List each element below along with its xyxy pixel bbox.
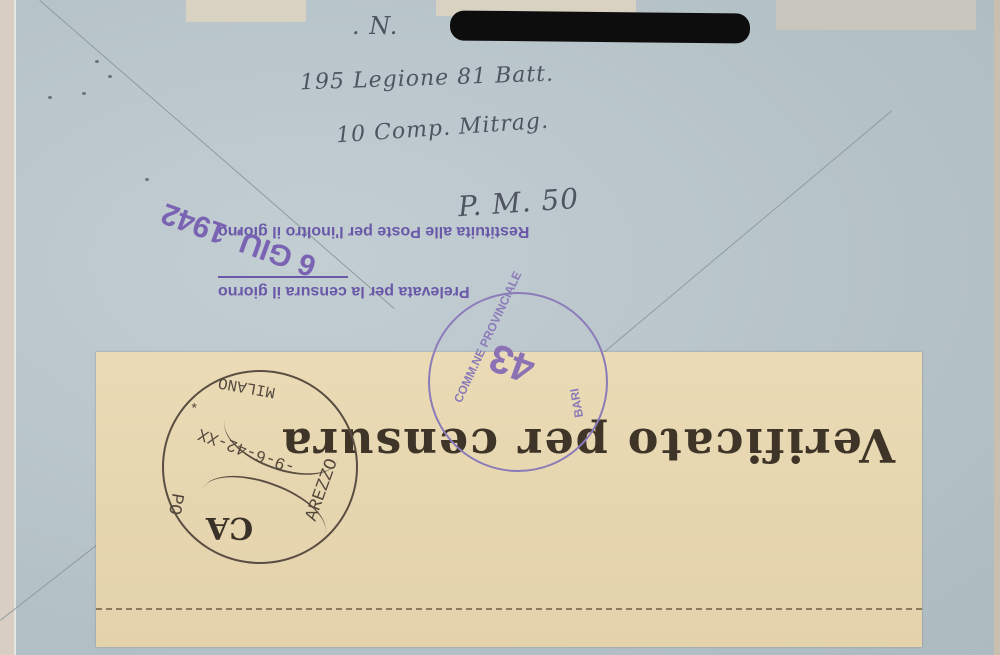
- speck: [82, 92, 86, 95]
- speck: [108, 75, 112, 78]
- postmark-left-text: PO: [163, 492, 186, 517]
- date-underline: [218, 276, 348, 278]
- perforation-line: [96, 608, 922, 610]
- postmark-star: *: [190, 402, 198, 418]
- speck: [145, 178, 149, 181]
- speck: [95, 60, 99, 63]
- redaction-bar: [450, 10, 750, 43]
- postmark-code: CA: [206, 510, 253, 545]
- torn-edge: [776, 0, 976, 30]
- speck: [48, 96, 52, 99]
- handwriting-line-1: . N.: [352, 12, 398, 40]
- censor-stamp-taken-line: Prelevata per la censura il giorno: [218, 282, 470, 300]
- torn-edge: [186, 0, 306, 22]
